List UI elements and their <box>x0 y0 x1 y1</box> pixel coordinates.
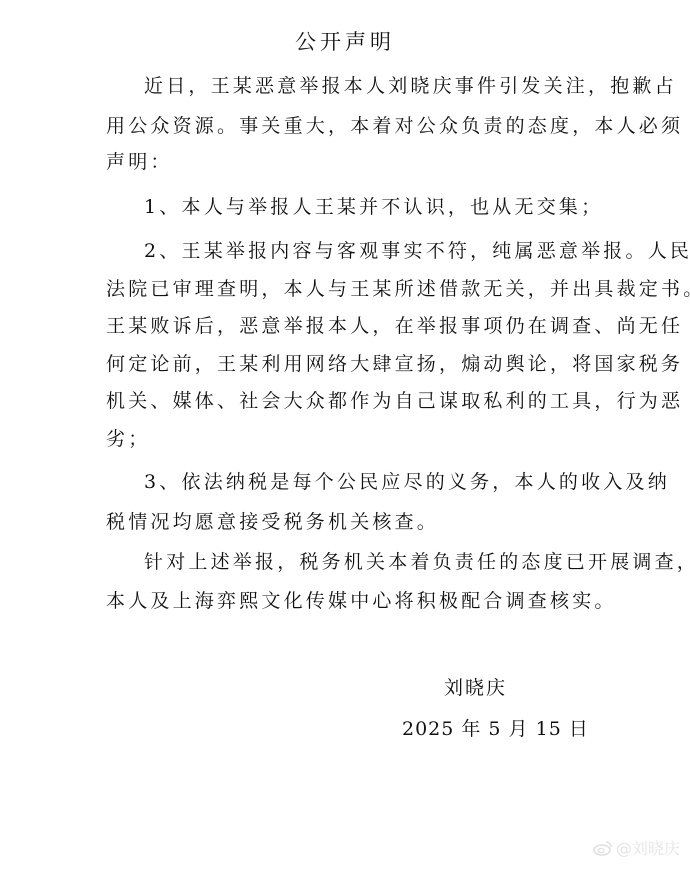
point-3-line-1: 3、依法纳税是每个公民应尽的义务，本人的收入及纳 <box>144 470 634 494</box>
point-2-line-5: 机关、媒体、社会大众都作为自己谋取私利的工具，行为恶 <box>106 389 596 413</box>
paragraph-intro-line-1: 近日，王某恶意举报本人刘晓庆事件引发关注，抱歉占 <box>144 74 634 98</box>
weibo-watermark: @刘晓庆 <box>593 836 680 859</box>
paragraph-intro-line-3: 声明： <box>106 150 596 174</box>
closing-line-2: 本人及上海弈熙文化传媒中心将积极配合调查核实。 <box>106 589 596 613</box>
point-1-line-1: 1、本人与举报人王某并不认识，也从无交集； <box>144 195 634 219</box>
document-date: 2025 年 5 月 15 日 <box>402 717 589 741</box>
point-2-line-6: 劣； <box>106 427 596 451</box>
point-2-line-4: 何定论前，王某利用网络大肆宣扬，煽动舆论，将国家税务 <box>106 352 596 376</box>
watermark-text: @刘晓庆 <box>616 836 680 859</box>
closing-line-1: 针对上述举报，税务机关本着负责任的态度已开展调查， <box>144 550 634 574</box>
point-2-line-1: 2、王某举报内容与客观事实不符，纯属恶意举报。人民 <box>144 239 634 263</box>
point-2-line-2: 法院已审理查明，本人与王某所述借款无关，并出具裁定书。 <box>106 277 596 301</box>
point-2-line-3: 王某败诉后，恶意举报本人，在举报事项仍在调查、尚无任 <box>106 314 596 338</box>
point-3-line-2: 税情况均愿意接受税务机关核查。 <box>106 510 596 534</box>
paragraph-intro-line-2: 用公众资源。事关重大，本着对公众负责的态度，本人必须 <box>106 114 596 138</box>
signature: 刘晓庆 <box>444 676 507 700</box>
weibo-logo-icon <box>593 840 613 856</box>
document-title: 公开声明 <box>0 28 690 56</box>
